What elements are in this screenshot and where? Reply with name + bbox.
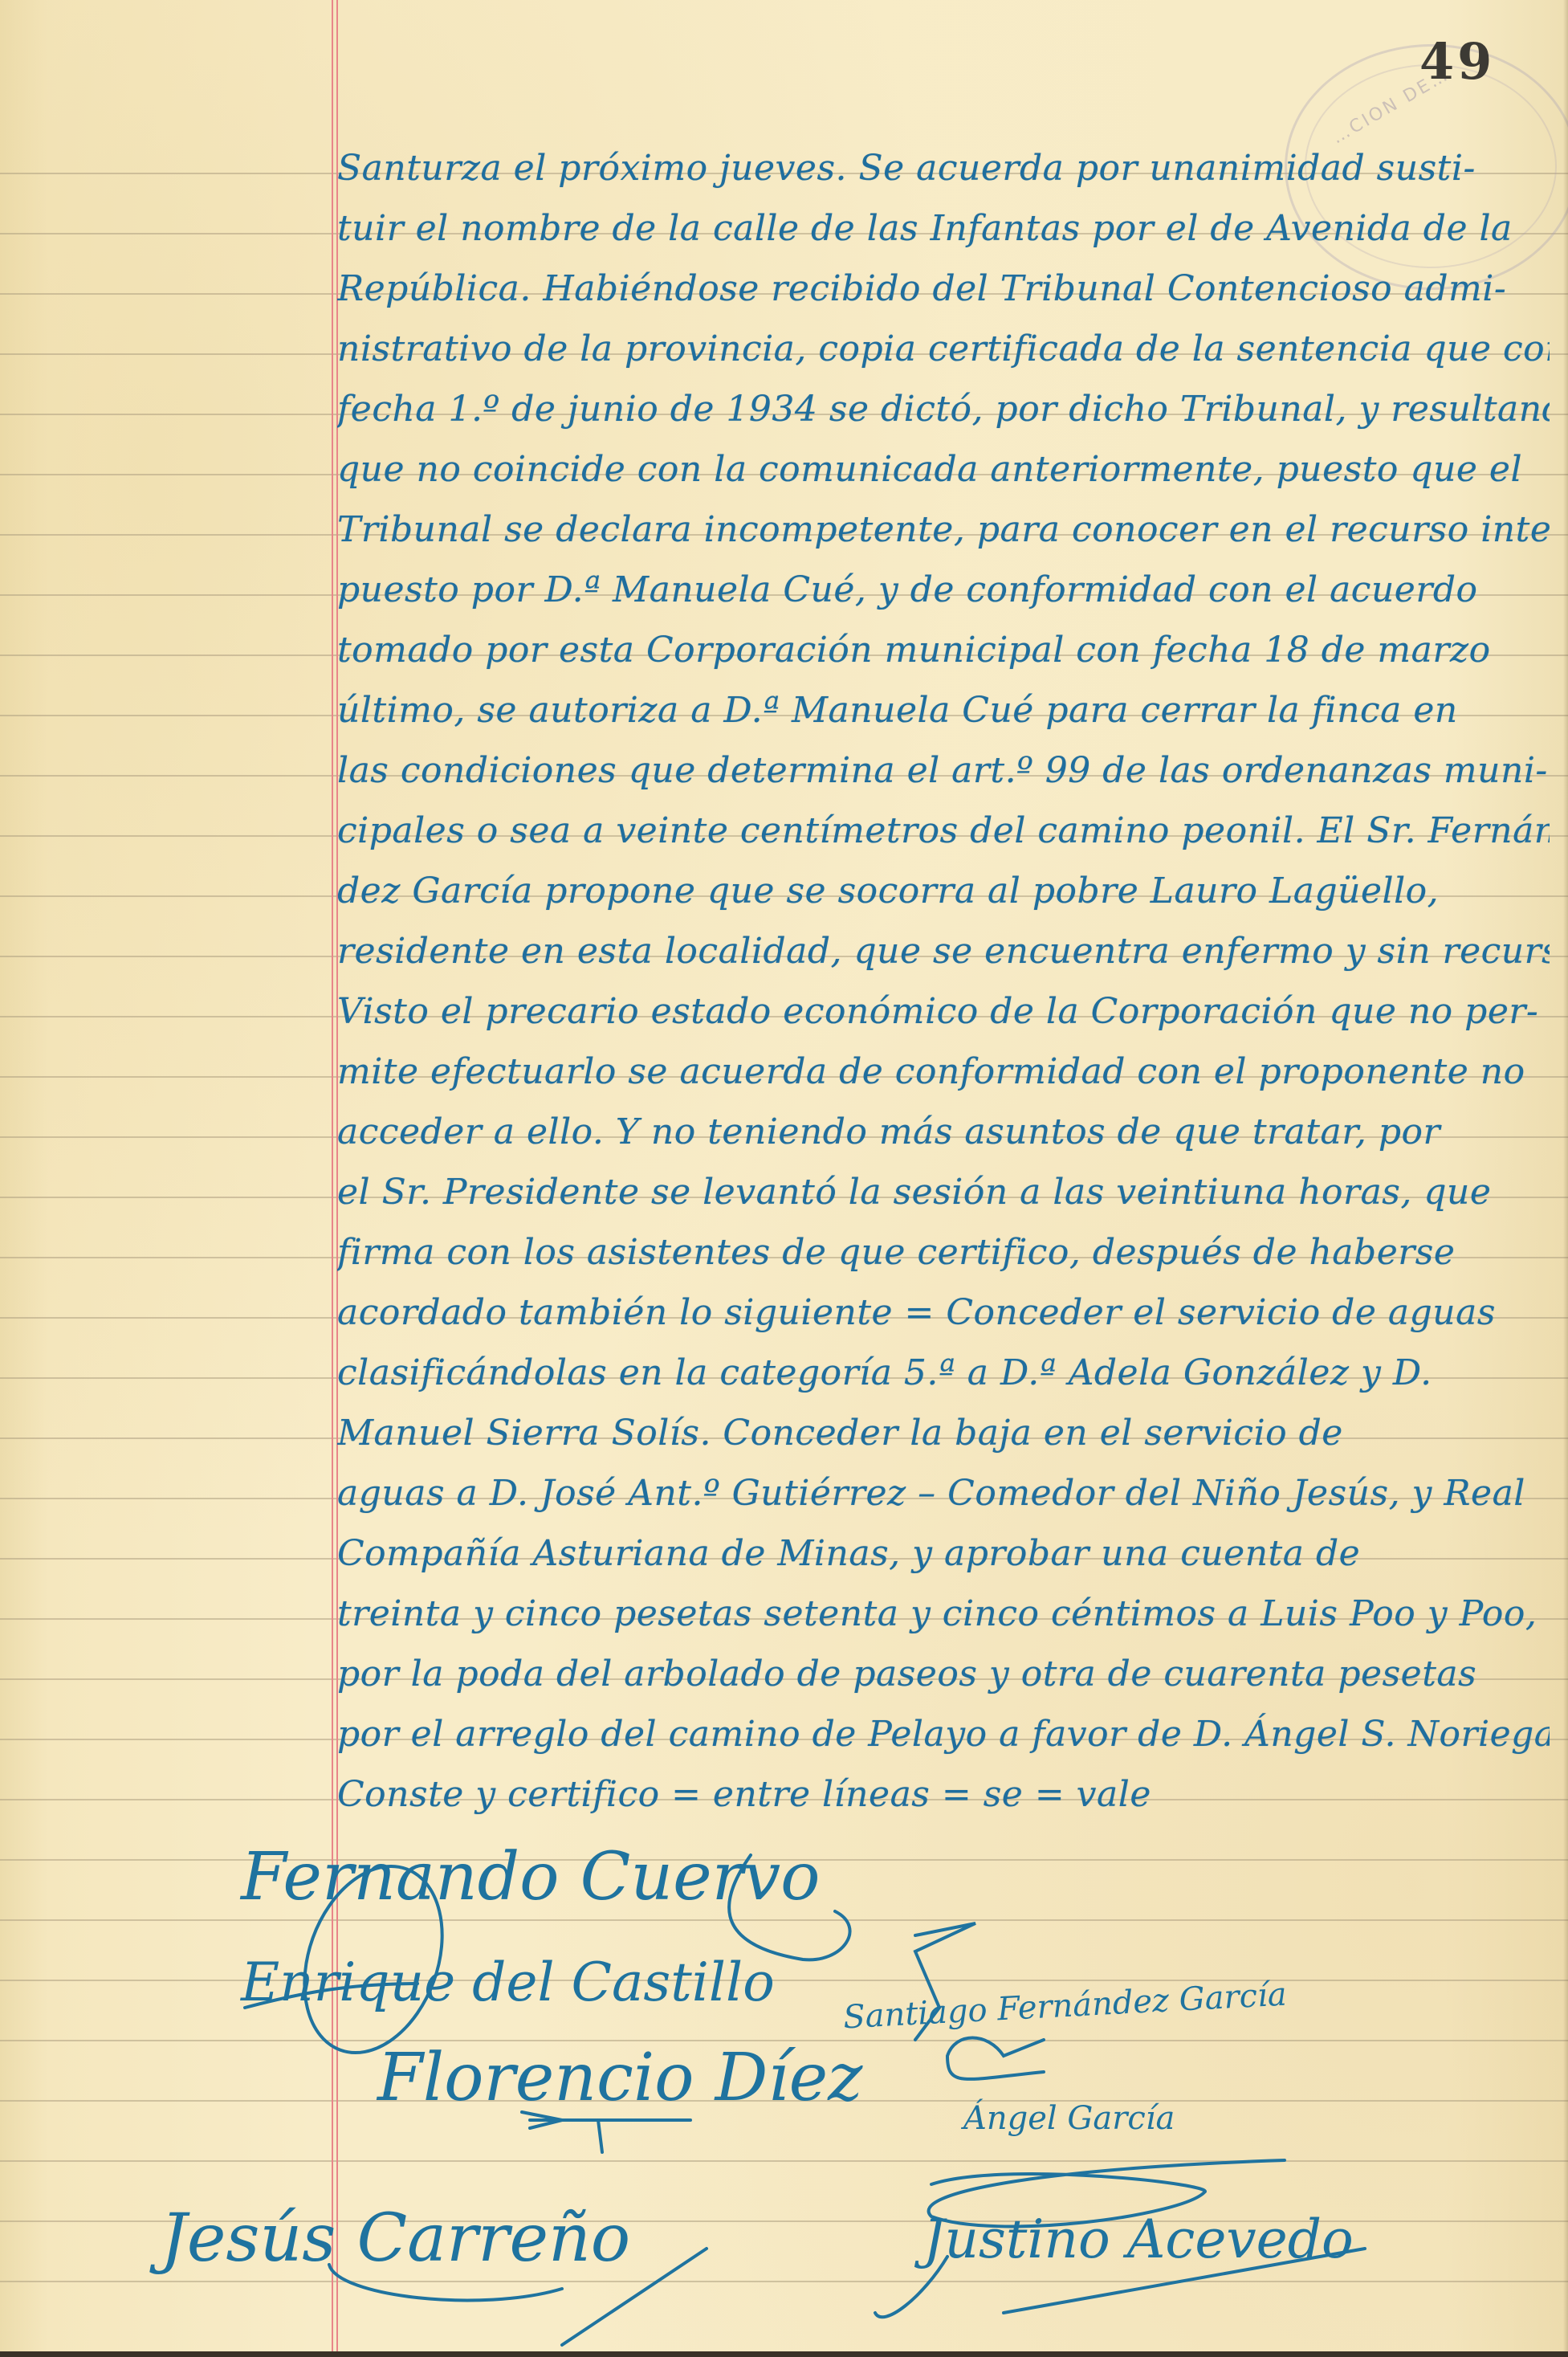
page-bottom-edge — [0, 2351, 1568, 2357]
page-right-edge — [1563, 0, 1568, 2357]
signature-flourishes-icon — [0, 0, 1568, 2357]
document-page: …CION DE… 49 Santurza el próximo jueves.… — [0, 0, 1568, 2357]
signatures-block: Fernando Cuervo Enrique del Castillo San… — [0, 0, 1568, 2357]
